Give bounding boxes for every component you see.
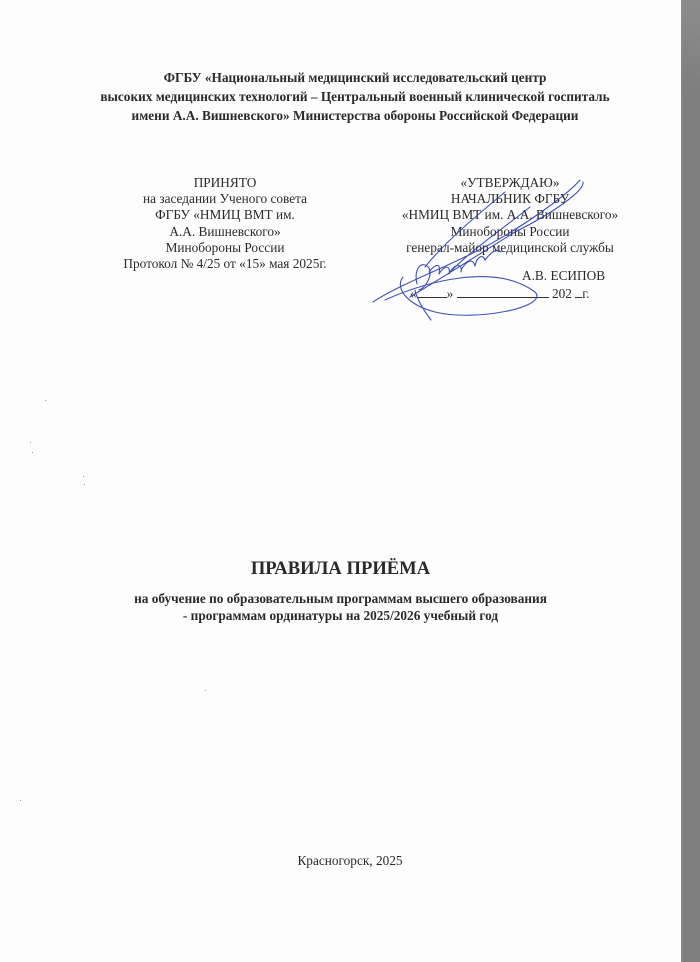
accepted-line: ФГБУ «НМИЦ ВМТ им. <box>100 207 350 223</box>
accepted-line: А.А. Вишневского» <box>100 224 350 240</box>
approved-heading: «УТВЕРЖДАЮ» <box>360 175 660 191</box>
approval-date-line: «» 202 г. <box>410 285 590 302</box>
scan-speck <box>45 400 46 401</box>
subtitle-line: - программам ординатуры на 2025/2026 уче… <box>0 607 681 624</box>
header-line: ФГБУ «Национальный медицинский исследова… <box>60 68 650 87</box>
protocol-line: Протокол № 4/25 от «15» мая 2025г. <box>100 256 350 272</box>
signatory-name: А.В. ЕСИПОВ <box>522 268 605 284</box>
scan-speck <box>84 484 85 485</box>
scan-edge-shadow <box>681 0 700 962</box>
date-close-quote: » <box>447 286 454 301</box>
year-prefix: 202 <box>552 286 572 301</box>
scan-speck <box>32 452 33 453</box>
approved-line: генерал-майор медицинской службы <box>360 240 660 256</box>
document-title: ПРАВИЛА ПРИЁМА <box>0 558 681 580</box>
scan-speck <box>205 690 206 691</box>
month-blank <box>457 285 549 298</box>
document-page: ФГБУ «Национальный медицинский исследова… <box>0 0 681 962</box>
document-subtitle: на обучение по образовательным программа… <box>0 590 681 624</box>
day-blank <box>417 285 447 298</box>
scan-speck <box>83 476 84 477</box>
accepted-line: Минобороны России <box>100 240 350 256</box>
city-year: Красногорск, 2025 <box>0 853 700 869</box>
subtitle-line: на обучение по образовательным программа… <box>0 590 681 607</box>
header-line: высоких медицинских технологий – Централ… <box>60 87 650 106</box>
year-suffix: г. <box>582 286 589 301</box>
approved-block: «УТВЕРЖДАЮ» НАЧАЛЬНИК ФГБУ «НМИЦ ВМТ им.… <box>360 175 660 256</box>
approved-line: НАЧАЛЬНИК ФГБУ <box>360 191 660 207</box>
scan-speck <box>20 800 21 801</box>
date-open-quote: « <box>410 286 417 301</box>
approved-line: «НМИЦ ВМТ им. А.А. Вишневского» <box>360 207 660 223</box>
accepted-heading: ПРИНЯТО <box>100 175 350 191</box>
header-line: имени А.А. Вишневского» Министерства обо… <box>60 106 650 125</box>
approved-line: Минобороны России <box>360 224 660 240</box>
organization-header: ФГБУ «Национальный медицинский исследова… <box>60 68 650 125</box>
accepted-line: на заседании Ученого совета <box>100 191 350 207</box>
accepted-block: ПРИНЯТО на заседании Ученого совета ФГБУ… <box>100 175 350 272</box>
scan-speck <box>30 442 31 443</box>
